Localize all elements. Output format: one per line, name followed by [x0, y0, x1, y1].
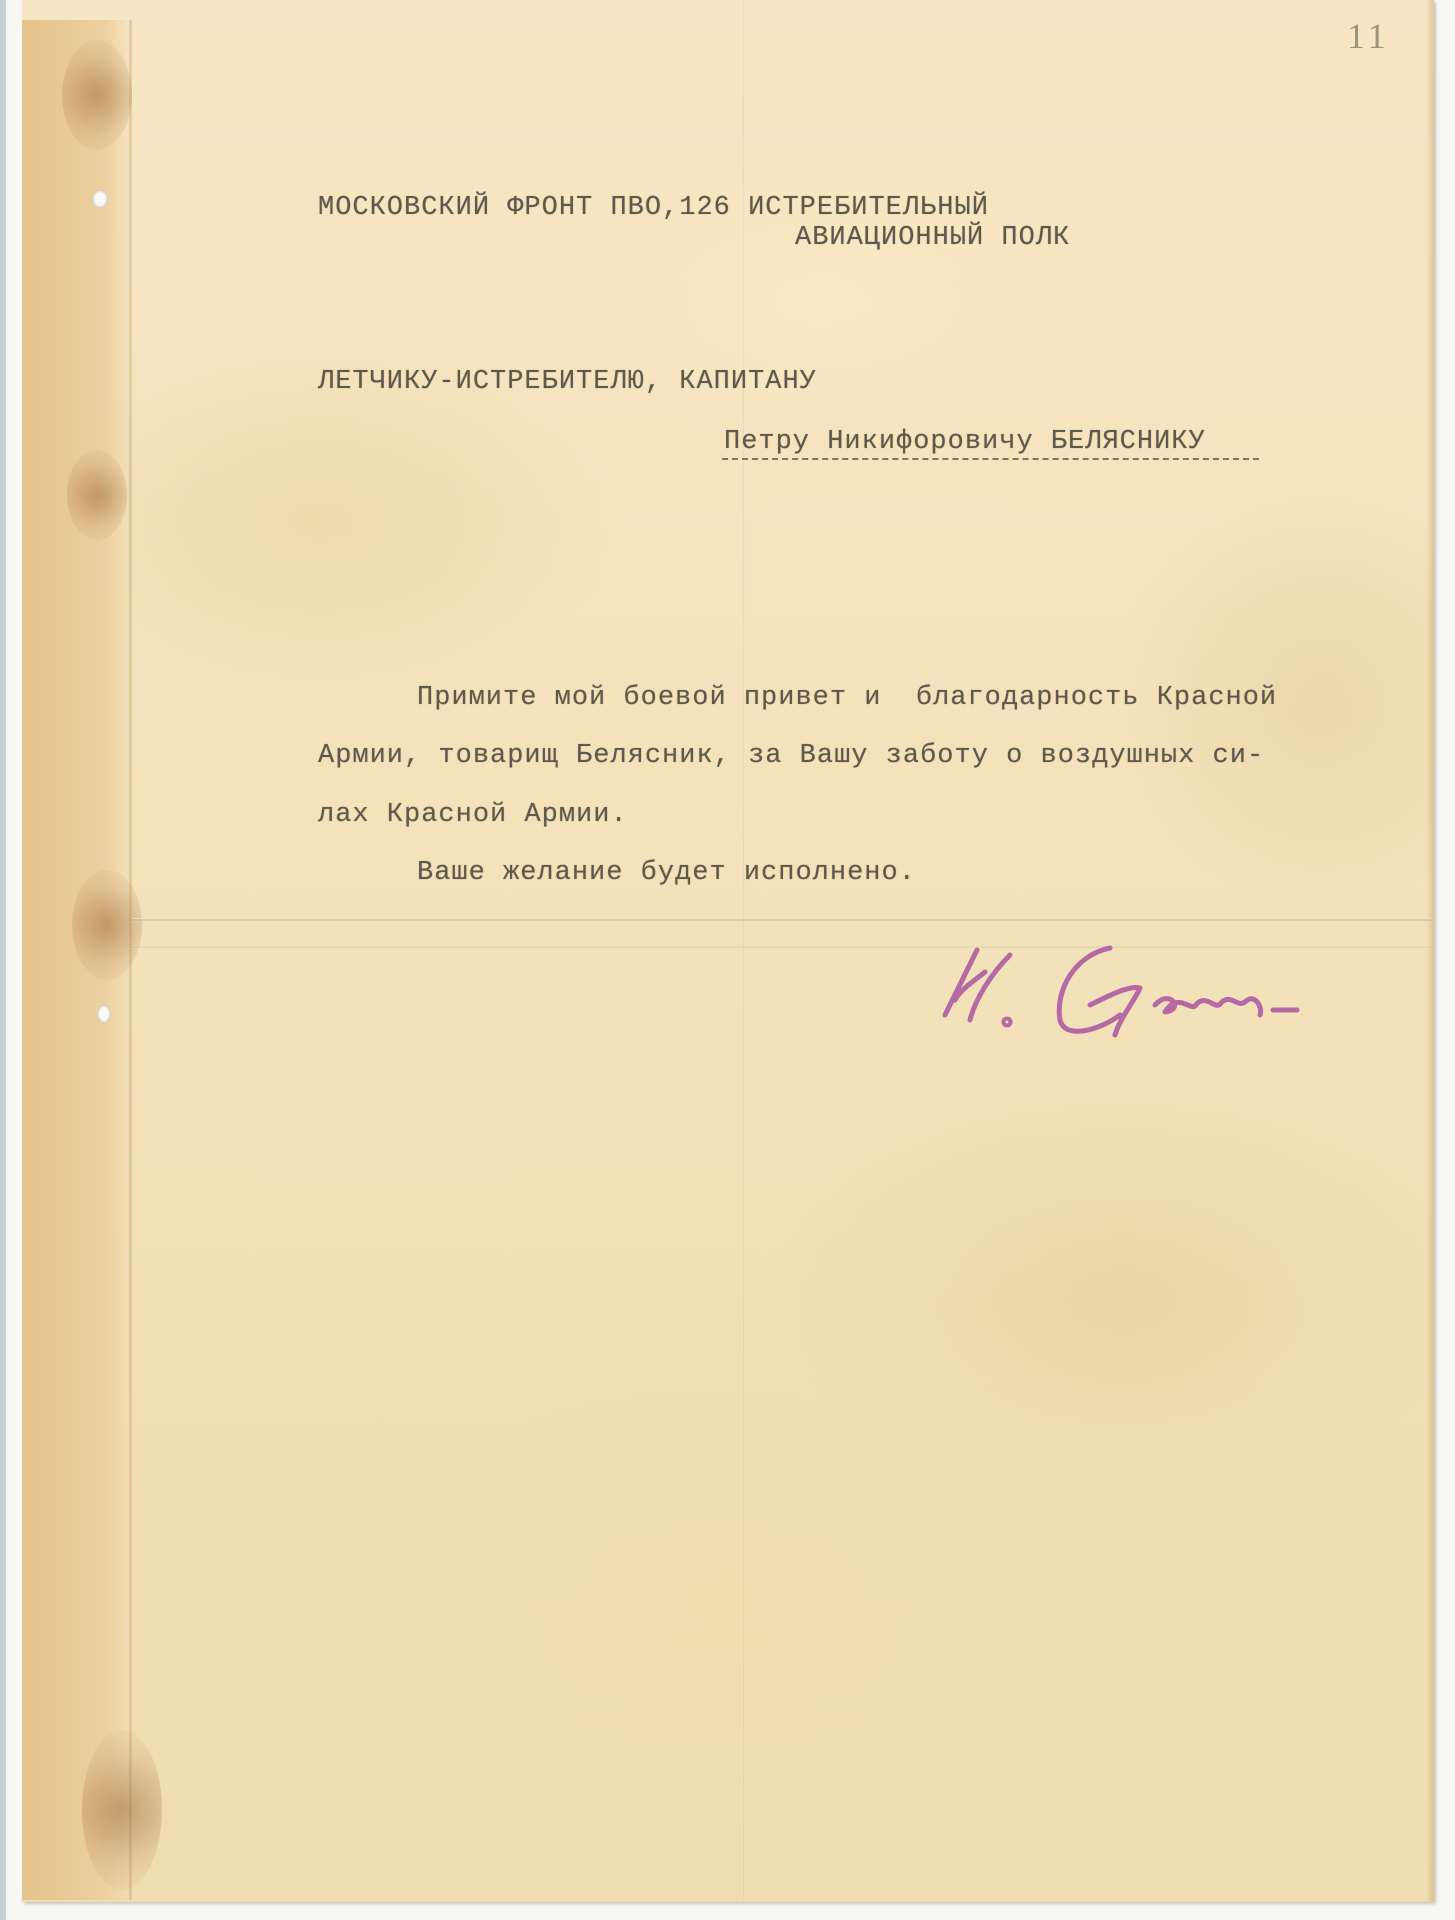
addressee-underline — [722, 458, 1259, 460]
body-line: лах Красной Армии. — [318, 800, 628, 830]
header-unit-line2: АВИАЦИОННЫЙ ПОЛК — [795, 223, 1070, 253]
stain — [67, 450, 127, 540]
archive-mark: 11 — [1347, 15, 1390, 57]
stain — [62, 40, 132, 150]
body-line: Ваше желание будет исполнено. — [417, 858, 916, 888]
paper-hole — [97, 1005, 111, 1023]
fold-line-vertical — [742, 0, 745, 1900]
scanner-edge — [0, 0, 6, 1920]
header-unit-line1: МОСКОВСКИЙ ФРОНТ ПВО,126 ИСТРЕБИТЕЛЬНЫЙ — [318, 193, 989, 223]
addressee-name: Петру Никифоровичу БЕЛЯСНИКУ — [724, 427, 1206, 457]
fold-line-horizontal — [132, 918, 1432, 922]
stain — [82, 1730, 162, 1890]
paper-hole — [92, 190, 108, 208]
body-line: Армии, товарищ Белясник, за Вашу заботу … — [318, 741, 1264, 771]
scanned-document: 11 МОСКОВСКИЙ ФРОНТ ПВО,126 ИСТРЕБИТЕЛЬН… — [0, 0, 1455, 1920]
addressee-rank: ЛЕТЧИКУ-ИСТРЕБИТЕЛЮ, КАПИТАНУ — [318, 367, 817, 397]
handwritten-signature: И. Сталин — [915, 930, 1315, 1040]
stain — [72, 870, 142, 980]
body-line: Примите мой боевой привет и благодарност… — [417, 683, 1277, 713]
paper-right-edge — [1426, 0, 1434, 1902]
